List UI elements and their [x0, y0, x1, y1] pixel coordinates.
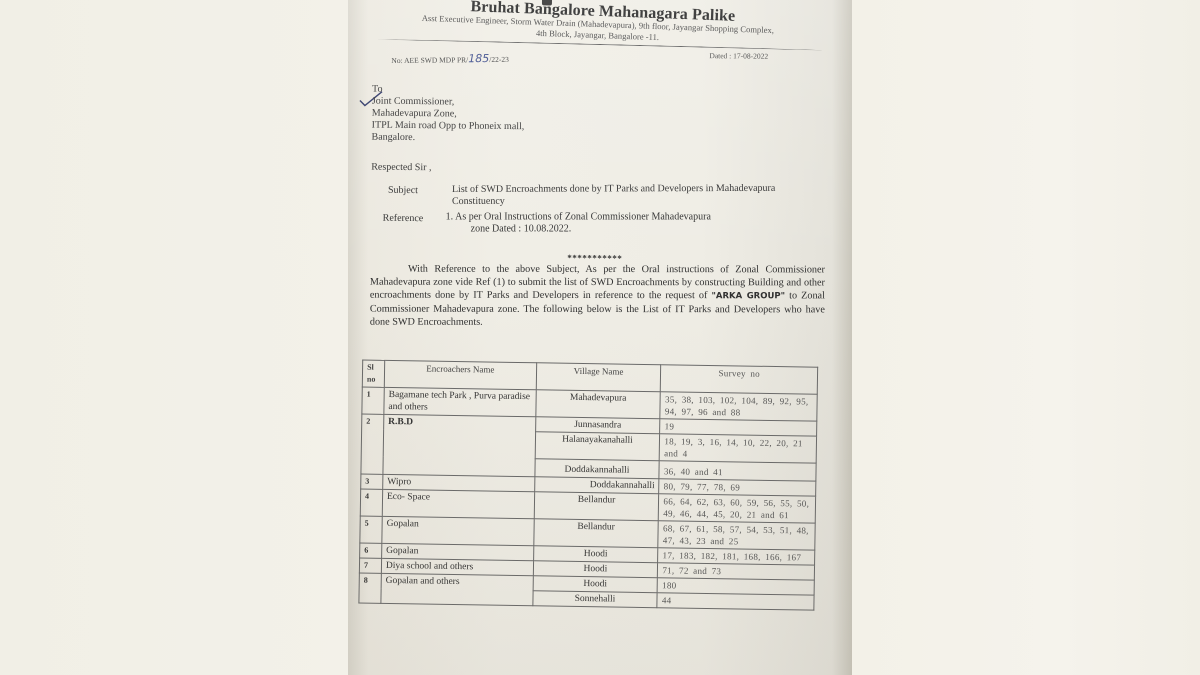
- background-right: [852, 0, 1200, 675]
- reference-label: Reference: [383, 213, 424, 224]
- cell-name: Gopalan and others: [381, 573, 533, 605]
- cell-sl: 6: [360, 543, 382, 558]
- reference-line-2: zone Dated : 10.08.2022.: [446, 223, 816, 235]
- cell-survey: 68, 67, 61, 58, 57, 54, 53, 51, 48, 47, …: [658, 521, 815, 550]
- header-village: Village Name: [536, 363, 661, 392]
- cell-name: Eco- Space: [382, 489, 534, 518]
- reference-number: No: AEE SWD MDP PR/185/22-23: [391, 52, 509, 66]
- cell-village: Mahadevapura: [535, 390, 660, 419]
- header-sl-no: Sl no: [362, 360, 384, 387]
- cell-village: Halanayakanahalli: [535, 432, 660, 461]
- subject-label: Subject: [388, 185, 418, 196]
- cell-survey: 35, 38, 103, 102, 104, 89, 92, 95, 94, 9…: [660, 392, 817, 421]
- cell-village: Sonnehalli: [532, 591, 657, 608]
- cell-village: Bellandur: [533, 519, 658, 548]
- cell-sl: 1: [362, 387, 384, 414]
- salutation: Respected Sir ,: [371, 162, 431, 174]
- document-page: Bruhat Bangalore Mahanagara Palike Asst …: [348, 0, 852, 675]
- cell-sl: 5: [360, 516, 382, 543]
- recipient-line: Bangalore.: [371, 132, 524, 146]
- document-content: Bruhat Bangalore Mahanagara Palike Asst …: [348, 0, 852, 675]
- cell-survey: 66, 64, 62, 63, 60, 59, 56, 55, 50, 49, …: [659, 494, 816, 523]
- cell-sl: 2: [361, 414, 384, 474]
- cell-name: Gopalan: [382, 516, 534, 545]
- reference-line-1: 1. As per Oral Instructions of Zonal Com…: [446, 211, 711, 222]
- separator: ***********: [567, 253, 622, 264]
- reference-suffix: /22-23: [489, 55, 509, 64]
- reference-prefix: No: AEE SWD MDP PR/: [391, 55, 468, 65]
- handwritten-number: 185: [468, 52, 489, 65]
- letter-date: Dated : 17-08-2022: [709, 51, 768, 61]
- cell-survey: 44: [657, 593, 814, 610]
- cell-village: Bellandur: [534, 492, 659, 521]
- cell-village: Doddakannahalli: [534, 459, 659, 479]
- subject-text: List of SWD Encroachments done by IT Par…: [452, 183, 812, 207]
- body-paragraph: With Reference to the above Subject, As …: [370, 263, 825, 330]
- encroachment-table: Sl no Encroachers Name Village Name Surv…: [358, 360, 818, 611]
- header-survey: Survey no: [661, 365, 818, 394]
- cell-survey: 18, 19, 3, 16, 14, 10, 22, 20, 21 and 4: [660, 434, 817, 463]
- arka-group: "ARKA GROUP": [711, 291, 785, 301]
- cell-sl: 4: [360, 489, 382, 516]
- cell-name: R.B.D: [383, 414, 536, 476]
- cell-sl: 7: [359, 558, 381, 573]
- cell-sl: 8: [359, 573, 381, 603]
- cell-sl: 3: [361, 474, 383, 489]
- recipient-address: To Joint Commissioner, Mahadevapura Zone…: [371, 84, 524, 146]
- reference-text: 1. As per Oral Instructions of Zonal Com…: [446, 211, 816, 234]
- cell-name: Bagamane tech Park , Purva paradise and …: [384, 387, 536, 416]
- header-encroacher: Encroachers Name: [384, 360, 536, 389]
